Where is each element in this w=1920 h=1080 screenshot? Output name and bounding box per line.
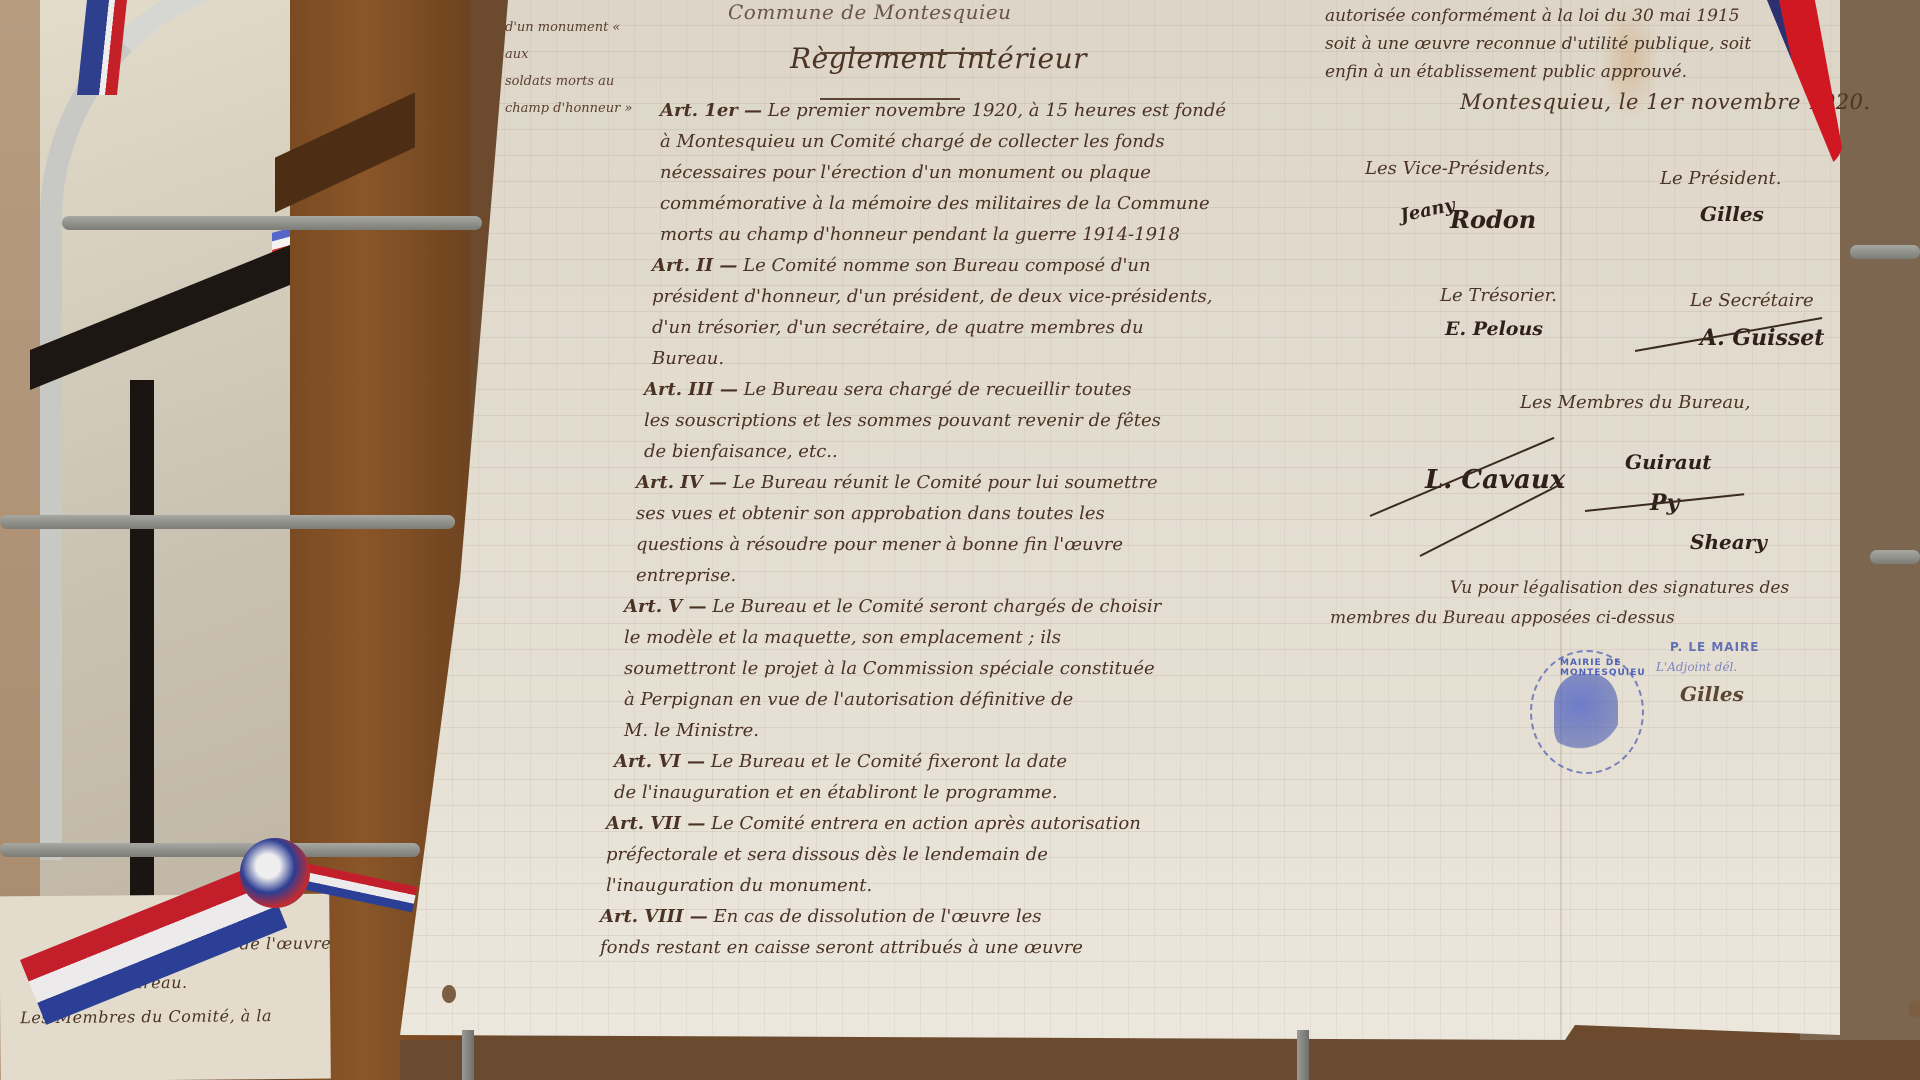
article-1: Art. 1er — Le premier novembre 1920, à 1… bbox=[660, 95, 1180, 250]
rack-post bbox=[1297, 1030, 1309, 1080]
adjoint-stamp: L'Adjoint dél. bbox=[1656, 660, 1737, 674]
article-line: les souscriptions et les sommes pouvant … bbox=[644, 405, 1180, 436]
article-line: Le Comité nomme son Bureau composé d'un bbox=[743, 255, 1150, 276]
article-label: Art. 1er — bbox=[660, 100, 762, 121]
margin-note-line: soldats morts au bbox=[505, 68, 645, 95]
treasurer-label: Le Trésorier. bbox=[1440, 285, 1557, 306]
article-line: Le Bureau et le Comité seront chargés de… bbox=[712, 596, 1161, 617]
maire-stamp: P. LE MAIRE bbox=[1670, 640, 1759, 654]
article-line: ses vues et obtenir son approbation dans… bbox=[636, 498, 1180, 529]
article-line: préfectorale et sera dissous dès le lend… bbox=[606, 839, 1180, 870]
article-line: le modèle et la maquette, son emplacemen… bbox=[624, 622, 1180, 653]
president-label: Le Président. bbox=[1660, 168, 1781, 189]
article-line: fonds restant en caisse seront attribués… bbox=[600, 932, 1180, 963]
article-line: de bienfaisance, etc.. bbox=[644, 436, 1180, 467]
article-line: à Perpignan en vue de l'autorisation déf… bbox=[624, 684, 1180, 715]
page-fold bbox=[1560, 0, 1562, 1040]
article-5: Art. V — Le Bureau et le Comité seront c… bbox=[624, 591, 1180, 746]
article-line: de l'inauguration et en établiront le pr… bbox=[614, 777, 1180, 808]
article-label: Art. VII — bbox=[606, 813, 705, 834]
right-page-continuation: autorisée conformément à la loi du 30 ma… bbox=[1325, 2, 1751, 86]
document-title: Règlement intérieur bbox=[790, 42, 1087, 75]
member-signature: Guiraut bbox=[1625, 450, 1712, 474]
article-label: Art. VI — bbox=[614, 751, 705, 772]
article-line: Le Bureau réunit le Comité pour lui soum… bbox=[733, 472, 1158, 493]
commune-header: Commune de Montesquieu bbox=[728, 0, 1012, 24]
continuation-line: enfin à un établissement public approuvé… bbox=[1325, 58, 1751, 86]
punch-hole bbox=[1908, 1000, 1920, 1018]
member-signature: Sheary bbox=[1690, 530, 1767, 554]
continuation-line: autorisée conformément à la loi du 30 ma… bbox=[1325, 2, 1751, 30]
title-rule bbox=[820, 52, 990, 54]
article-line: questions à résoudre pour mener à bonne … bbox=[636, 529, 1180, 560]
legalisation-line: Vu pour légalisation des signatures des bbox=[1450, 578, 1789, 598]
article-line: Le premier novembre 1920, à 15 heures es… bbox=[768, 100, 1226, 121]
article-label: Art. VIII — bbox=[600, 906, 708, 927]
ribbon-knot bbox=[240, 838, 310, 908]
margin-note-line: d'un monument « aux bbox=[505, 14, 645, 68]
treasurer-signature: E. Pelous bbox=[1445, 318, 1543, 340]
president-signature: Gilles bbox=[1700, 202, 1764, 226]
articles-list: Art. 1er — Le premier novembre 1920, à 1… bbox=[580, 95, 1180, 963]
article-line: En cas de dissolution de l'œuvre les bbox=[714, 906, 1042, 927]
display-rod bbox=[1850, 245, 1920, 259]
article-line: Le Comité entrera en action après autori… bbox=[711, 813, 1141, 834]
continuation-line: soit à une œuvre reconnue d'utilité publ… bbox=[1325, 30, 1751, 58]
window-mullion bbox=[130, 380, 154, 900]
article-line: commémorative à la mémoire des militaire… bbox=[660, 188, 1180, 219]
members-label: Les Membres du Bureau, bbox=[1520, 392, 1750, 413]
mairie-seal: MAIRIE DE MONTESQUIEU bbox=[1530, 650, 1644, 774]
article-4: Art. IV — Le Bureau réunit le Comité pou… bbox=[636, 467, 1180, 591]
article-3: Art. III — Le Bureau sera chargé de recu… bbox=[644, 374, 1180, 467]
display-rod bbox=[62, 216, 482, 230]
article-label: Art. IV — bbox=[636, 472, 727, 493]
secretary-label: Le Secrétaire bbox=[1690, 290, 1814, 311]
article-2: Art. II — Le Comité nomme son Bureau com… bbox=[652, 250, 1180, 374]
article-line: à Montesquieu un Comité chargé de collec… bbox=[660, 126, 1180, 157]
article-7: Art. VII — Le Comité entrera en action a… bbox=[606, 808, 1180, 901]
article-line: M. le Ministre. bbox=[624, 715, 1180, 746]
article-label: Art. III — bbox=[644, 379, 738, 400]
article-line: Bureau. bbox=[652, 343, 1180, 374]
article-line: nécessaires pour l'érection d'un monumen… bbox=[660, 157, 1180, 188]
article-line: d'un trésorier, d'un secrétaire, de quat… bbox=[652, 312, 1180, 343]
rack-post bbox=[462, 1030, 474, 1080]
mayor-signature: Gilles bbox=[1680, 682, 1744, 706]
seal-emblem-icon bbox=[1554, 674, 1618, 752]
article-line: président d'honneur, d'un président, de … bbox=[652, 281, 1180, 312]
vice-presidents-label: Les Vice-Présidents, bbox=[1365, 158, 1550, 179]
article-line: Le Bureau et le Comité fixeront la date bbox=[711, 751, 1067, 772]
article-6: Art. VI — Le Bureau et le Comité fixeron… bbox=[614, 746, 1180, 808]
article-line: soumettront le projet à la Commission sp… bbox=[624, 653, 1180, 684]
display-rod bbox=[0, 515, 455, 529]
legalisation-line: membres du Bureau apposées ci-dessus bbox=[1330, 608, 1675, 628]
article-line: l'inauguration du monument. bbox=[606, 870, 1180, 901]
article-line: Le Bureau sera chargé de recueillir tout… bbox=[744, 379, 1132, 400]
display-rod bbox=[1870, 550, 1920, 564]
vice-president-signature: Rodon bbox=[1450, 205, 1536, 234]
punch-hole bbox=[442, 985, 456, 1003]
article-line: morts au champ d'honneur pendant la guer… bbox=[660, 219, 1180, 250]
display-rod bbox=[0, 843, 420, 857]
article-8: Art. VIII — En cas de dissolution de l'œ… bbox=[600, 901, 1180, 963]
floor-shadow bbox=[400, 1040, 1920, 1080]
article-label: Art. V — bbox=[624, 596, 707, 617]
article-label: Art. II — bbox=[652, 255, 737, 276]
article-line: entreprise. bbox=[636, 560, 1180, 591]
